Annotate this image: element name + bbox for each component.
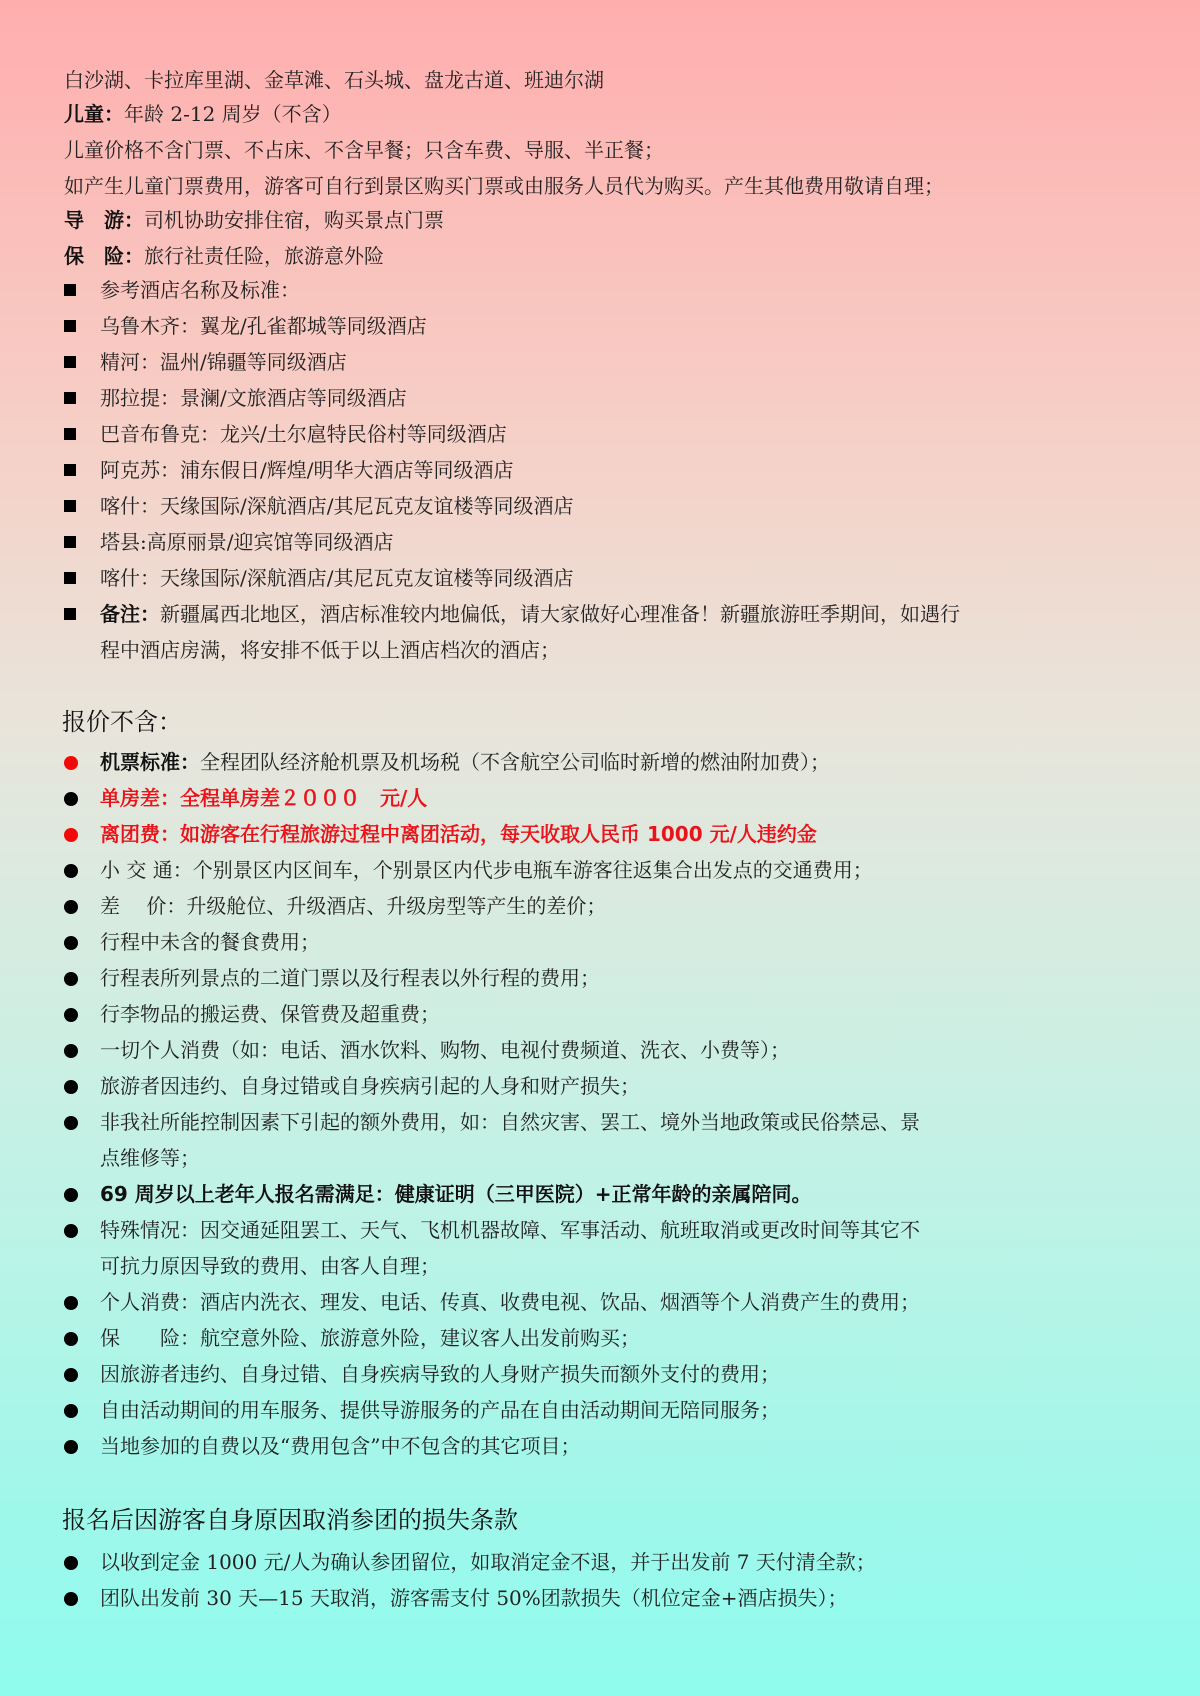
force-majeure-line1: 非我社所能控制因素下引起的额外费用，如：自然灾害、罢工、境外当地政策或民俗禁忌、…: [100, 1104, 920, 1140]
bullet-icon: [64, 936, 78, 950]
airfare-label: 机票标准：: [100, 750, 200, 774]
excluded-item: 行程表所列景点的二道门票以及行程表以外行程的费用；: [100, 960, 600, 996]
hotel-item: 乌鲁木齐：翼龙/孔雀都城等同级酒店: [100, 308, 427, 344]
elderly-requirement-line: 69 周岁以上老年人报名需满足：健康证明（三甲医院）+正常年龄的亲属陪同。: [100, 1176, 812, 1212]
bullet-icon: [64, 864, 78, 878]
hotel-note-line1: 备注：新疆属西北地区，酒店标准较内地偏低，请大家做好心理准备！新疆旅游旺季期间，…: [100, 596, 960, 632]
excluded-section-title: 报价不含：: [62, 704, 182, 740]
single-room-line: 单房差：全程单房差２０００ 元/人: [100, 780, 427, 816]
bullet-icon: [64, 1080, 78, 1094]
square-bullet-icon: [64, 320, 76, 332]
hotel-item: 参考酒店名称及标准：: [100, 272, 300, 308]
square-bullet-icon: [64, 572, 76, 584]
bullet-icon: [64, 1044, 78, 1058]
excluded-item: 差 价：升级舱位、升级酒店、升级房型等产生的差价；: [100, 888, 606, 924]
red-bullet-icon: [64, 756, 78, 770]
hotel-item: 巴音布鲁克：龙兴/土尔扈特民俗村等同级酒店: [100, 416, 507, 452]
child-label: 儿童：: [64, 102, 124, 126]
excluded-item: 当地参加的自费以及“费用包含”中不包含的其它项目；: [100, 1428, 580, 1464]
bullet-icon: [64, 972, 78, 986]
excluded-item: 保 险：航空意外险、旅游意外险，建议客人出发前购买；: [100, 1320, 640, 1356]
scenic-spots-line: 白沙湖、卡拉库里湖、金草滩、石头城、盘龙古道、班迪尔湖: [64, 62, 604, 98]
bullet-icon: [64, 1368, 78, 1382]
hotel-item: 喀什：天缘国际/深航酒店/其尼瓦克友谊楼等同级酒店: [100, 488, 573, 524]
excluded-item: 小 交 通：个别景区内区间车，个别景区内代步电瓶车游客往返集合出发点的交通费用；: [100, 852, 873, 888]
insurance-line: 保 险：旅行社责任险，旅游意外险: [64, 238, 384, 274]
excluded-item: 行李物品的搬运费、保管费及超重费；: [100, 996, 440, 1032]
child-ticket-line: 如产生儿童门票费用，游客可自行到景区购买门票或由服务人员代为购买。产生其他费用敬…: [64, 168, 944, 204]
child-price-line: 儿童价格不含门票、不占床、不含早餐；只含车费、导服、半正餐；: [64, 132, 664, 168]
guide-line: 导 游：司机协助安排住宿，购买景点门票: [64, 202, 444, 238]
hotel-note-text: 新疆属西北地区，酒店标准较内地偏低，请大家做好心理准备！新疆旅游旺季期间，如遇行: [160, 602, 960, 626]
excluded-item: 因旅游者违约、自身过错、自身疾病导致的人身财产损失而额外支付的费用；: [100, 1356, 780, 1392]
force-majeure-line2: 点维修等；: [100, 1140, 200, 1176]
square-bullet-icon: [64, 536, 76, 548]
special-case-line1: 特殊情况：因交通延阻罢工、天气、飞机机器故障、军事活动、航班取消或更改时间等其它…: [100, 1212, 920, 1248]
bullet-icon: [64, 1224, 78, 1238]
bullet-icon: [64, 1440, 78, 1454]
square-bullet-icon: [64, 500, 76, 512]
hotel-note-label: 备注：: [100, 602, 160, 626]
bullet-icon: [64, 1008, 78, 1022]
child-age-value: 年龄 2-12 周岁（不含）: [124, 102, 342, 126]
bullet-icon: [64, 1188, 78, 1202]
bullet-icon: [64, 1116, 78, 1130]
hotel-item: 喀什：天缘国际/深航酒店/其尼瓦克友谊楼等同级酒店: [100, 560, 573, 596]
leave-group-line: 离团费：如游客在行程旅游过程中离团活动，每天收取人民币 1000 元/人违约金: [100, 816, 817, 852]
square-bullet-icon: [64, 428, 76, 440]
red-bullet-icon: [64, 828, 78, 842]
cancellation-item: 团队出发前 30 天—15 天取消，游客需支付 50%团款损失（机位定金+酒店损…: [100, 1580, 848, 1616]
insurance-value: 旅行社责任险，旅游意外险: [144, 244, 384, 268]
bullet-icon: [64, 1556, 78, 1570]
excluded-item: 旅游者因违约、自身过错或自身疾病引起的人身和财产损失；: [100, 1068, 640, 1104]
child-age-line: 儿童：年龄 2-12 周岁（不含）: [64, 96, 342, 132]
square-bullet-icon: [64, 464, 76, 476]
hotel-item: 阿克苏：浦东假日/辉煌/明华大酒店等同级酒店: [100, 452, 513, 488]
square-bullet-icon: [64, 392, 76, 404]
bullet-icon: [64, 1332, 78, 1346]
special-case-line2: 可抗力原因导致的费用、由客人自理；: [100, 1248, 440, 1284]
guide-value: 司机协助安排住宿，购买景点门票: [144, 208, 444, 232]
hotel-item: 那拉提：景澜/文旅酒店等同级酒店: [100, 380, 407, 416]
bullet-icon: [64, 792, 78, 806]
bullet-icon: [64, 900, 78, 914]
insurance-label: 保 险：: [64, 244, 144, 268]
cancellation-section-title: 报名后因游客自身原因取消参团的损失条款: [62, 1502, 518, 1538]
square-bullet-icon: [64, 284, 76, 296]
excluded-item: 一切个人消费（如：电话、酒水饮料、购物、电视付费频道、洗衣、小费等）；: [100, 1032, 790, 1068]
airfare-value: 全程团队经济舱机票及机场税（不含航空公司临时新增的燃油附加费）；: [200, 750, 830, 774]
square-bullet-icon: [64, 356, 76, 368]
square-bullet-icon: [64, 608, 76, 620]
hotel-item: 精河：温州/锦疆等同级酒店: [100, 344, 347, 380]
cancellation-item: 以收到定金 1000 元/人为确认参团留位，如取消定金不退，并于出发前 7 天付…: [100, 1544, 876, 1580]
guide-label: 导 游：: [64, 208, 144, 232]
hotel-note-line2: 程中酒店房满，将安排不低于以上酒店档次的酒店；: [100, 632, 560, 668]
document-page: 白沙湖、卡拉库里湖、金草滩、石头城、盘龙古道、班迪尔湖 儿童：年龄 2-12 周…: [0, 0, 1200, 1696]
hotel-item: 塔县:高原丽景/迎宾馆等同级酒店: [100, 524, 393, 560]
excluded-item: 自由活动期间的用车服务、提供导游服务的产品在自由活动期间无陪同服务；: [100, 1392, 780, 1428]
bullet-icon: [64, 1296, 78, 1310]
excluded-item: 行程中未含的餐食费用；: [100, 924, 320, 960]
airfare-line: 机票标准：全程团队经济舱机票及机场税（不含航空公司临时新增的燃油附加费）；: [100, 744, 830, 780]
bullet-icon: [64, 1404, 78, 1418]
excluded-item: 个人消费：酒店内洗衣、理发、电话、传真、收费电视、饮品、烟酒等个人消费产生的费用…: [100, 1284, 920, 1320]
bullet-icon: [64, 1592, 78, 1606]
